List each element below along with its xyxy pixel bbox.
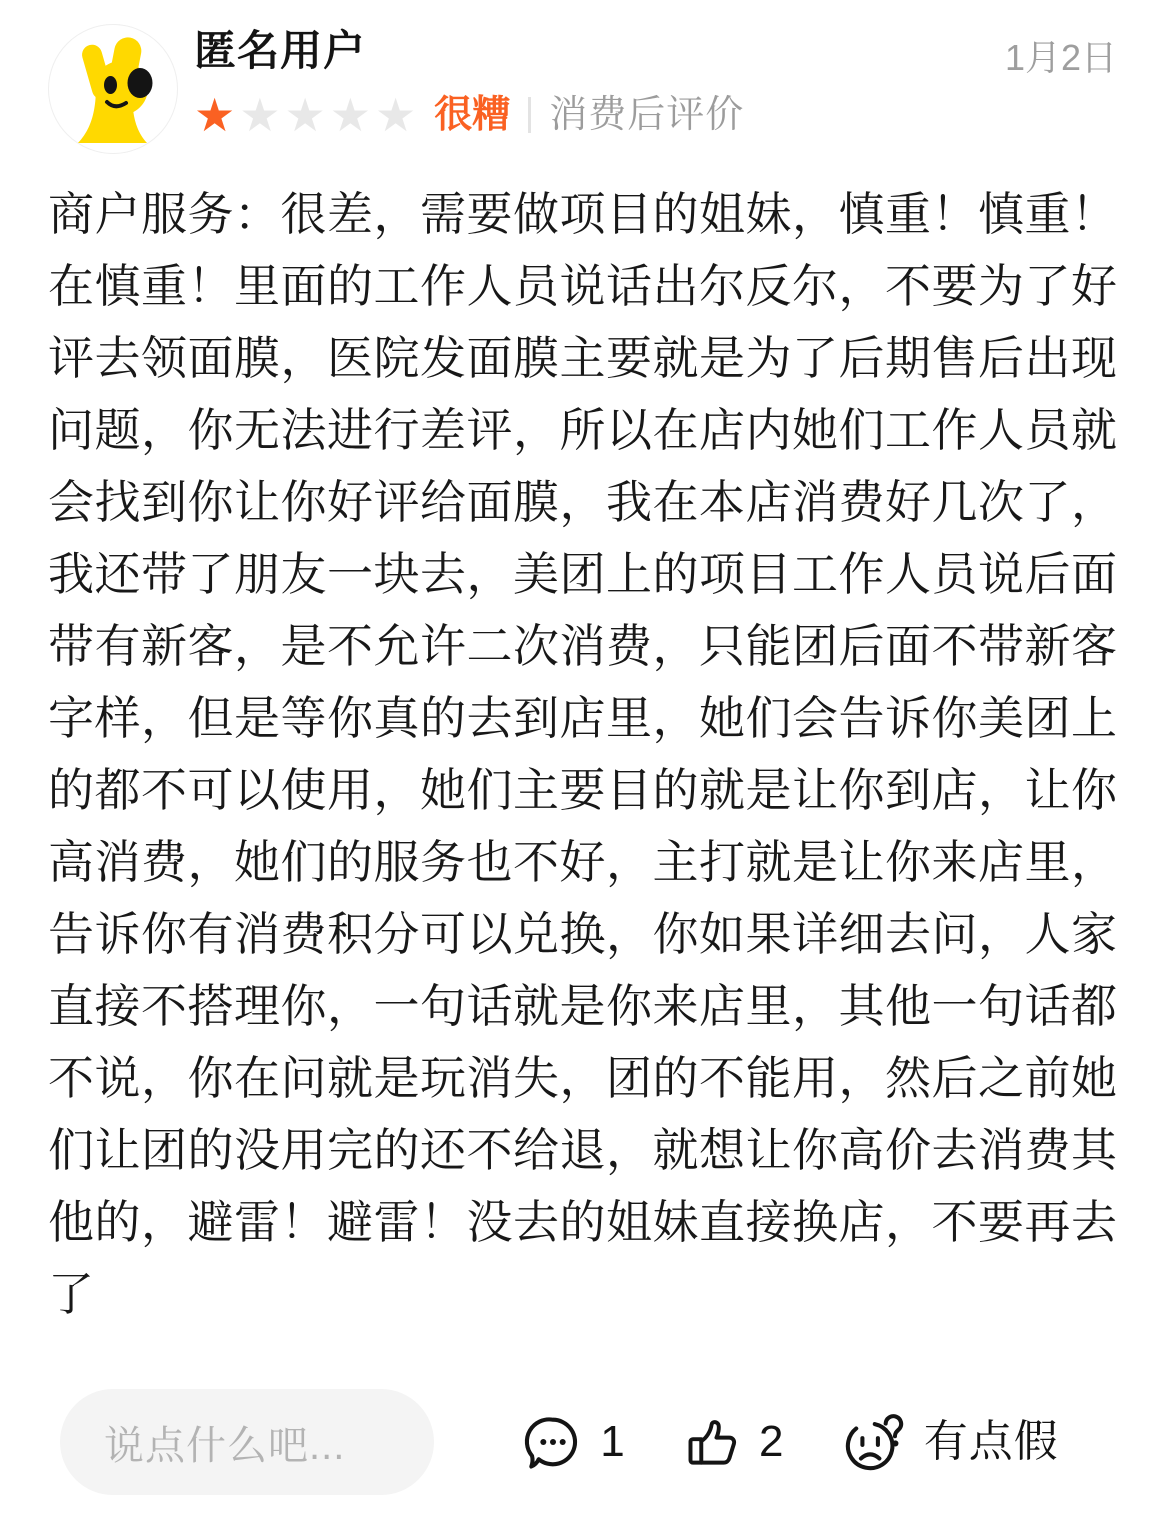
review-text-line: 字样，但是等你真的去到店里，她们会告诉你美团上: [48, 682, 1117, 754]
review-text-line: 不说，你在问就是玩消失，团的不能用，然后之前她: [48, 1042, 1117, 1114]
comment-placeholder: 说点什么吧...: [104, 1414, 345, 1471]
review-text-line: 评去领面膜，医院发面膜主要就是为了后期售后出现: [48, 322, 1117, 394]
comment-input[interactable]: 说点什么吧...: [60, 1389, 434, 1495]
username: 匿名用户: [194, 28, 744, 74]
thumbs-up-icon: [683, 1412, 743, 1472]
star-icon: ★: [375, 92, 416, 138]
like-count: 2: [759, 1420, 783, 1464]
star-rating: ★ ★ ★ ★ ★: [194, 92, 420, 138]
review-text-line: 会找到你让你好评给面膜，我在本店消费好几次了，: [48, 466, 1117, 538]
sad-face-question-icon: [842, 1411, 908, 1473]
review-text-line: 的都不可以使用，她们主要目的就是让你到店，让你: [48, 754, 1117, 826]
review-text-line: 问题，你无法进行差评，所以在店内她们工作人员就: [48, 394, 1117, 466]
review-text: 商户服务：很差，需要做项目的姐妹，慎重！慎重！在慎重！里面的工作人员说话出尔反尔…: [48, 178, 1117, 1330]
header-main: 匿名用户 ★ ★ ★ ★ ★ 很糟 消费后评价: [194, 24, 744, 138]
avatar[interactable]: [48, 24, 178, 154]
review-text-line: 带有新客，是不允许二次消费，只能团后面不带新客: [48, 610, 1117, 682]
like-button[interactable]: 2: [683, 1412, 783, 1472]
speech-bubble-icon: [522, 1411, 584, 1473]
review-text-line: 高消费，她们的服务也不好，主打就是让你来店里，: [48, 826, 1117, 898]
meituan-kangaroo-icon: [48, 24, 178, 154]
review-text-line: 商户服务：很差，需要做项目的姐妹，慎重！慎重！: [48, 178, 1117, 250]
star-icon: ★: [194, 92, 235, 138]
review-date: 1月2日: [1005, 36, 1117, 79]
review-text-line: 了: [48, 1258, 1117, 1330]
star-icon: ★: [285, 92, 326, 138]
review-text-line: 我还带了朋友一块去，美团上的项目工作人员说后面: [48, 538, 1117, 610]
review-text-line: 直接不搭理你，一句话就是你来店里，其他一句话都: [48, 970, 1117, 1042]
rating-context: 消费后评价: [549, 96, 744, 134]
comment-count: 1: [600, 1420, 624, 1464]
actions: 1 2: [434, 1411, 1117, 1473]
fake-label: 有点假: [924, 1420, 1059, 1464]
star-icon: ★: [239, 92, 280, 138]
star-icon: ★: [330, 92, 371, 138]
rating-row: ★ ★ ★ ★ ★ 很糟 消费后评价: [194, 92, 744, 138]
review-text-line: 在慎重！里面的工作人员说话出尔反尔，不要为了好: [48, 250, 1117, 322]
divider: [528, 97, 531, 133]
review-card: 匿名用户 ★ ★ ★ ★ ★ 很糟 消费后评价 1月2日 商户服务：很差，需要做…: [0, 0, 1165, 1523]
rating-label: 很糟: [434, 96, 510, 134]
action-bar: 说点什么吧... 1: [48, 1388, 1117, 1496]
review-text-line: 他的，避雷！避雷！没去的姐妹直接换店，不要再去: [48, 1186, 1117, 1258]
review-text-line: 们让团的没用完的还不给退，就想让你高价去消费其: [48, 1114, 1117, 1186]
report-fake-button[interactable]: 有点假: [842, 1411, 1059, 1473]
review-header: 匿名用户 ★ ★ ★ ★ ★ 很糟 消费后评价 1月2日: [48, 24, 1117, 154]
comment-button[interactable]: 1: [522, 1411, 624, 1473]
review-text-line: 告诉你有消费积分可以兑换，你如果详细去问，人家: [48, 898, 1117, 970]
